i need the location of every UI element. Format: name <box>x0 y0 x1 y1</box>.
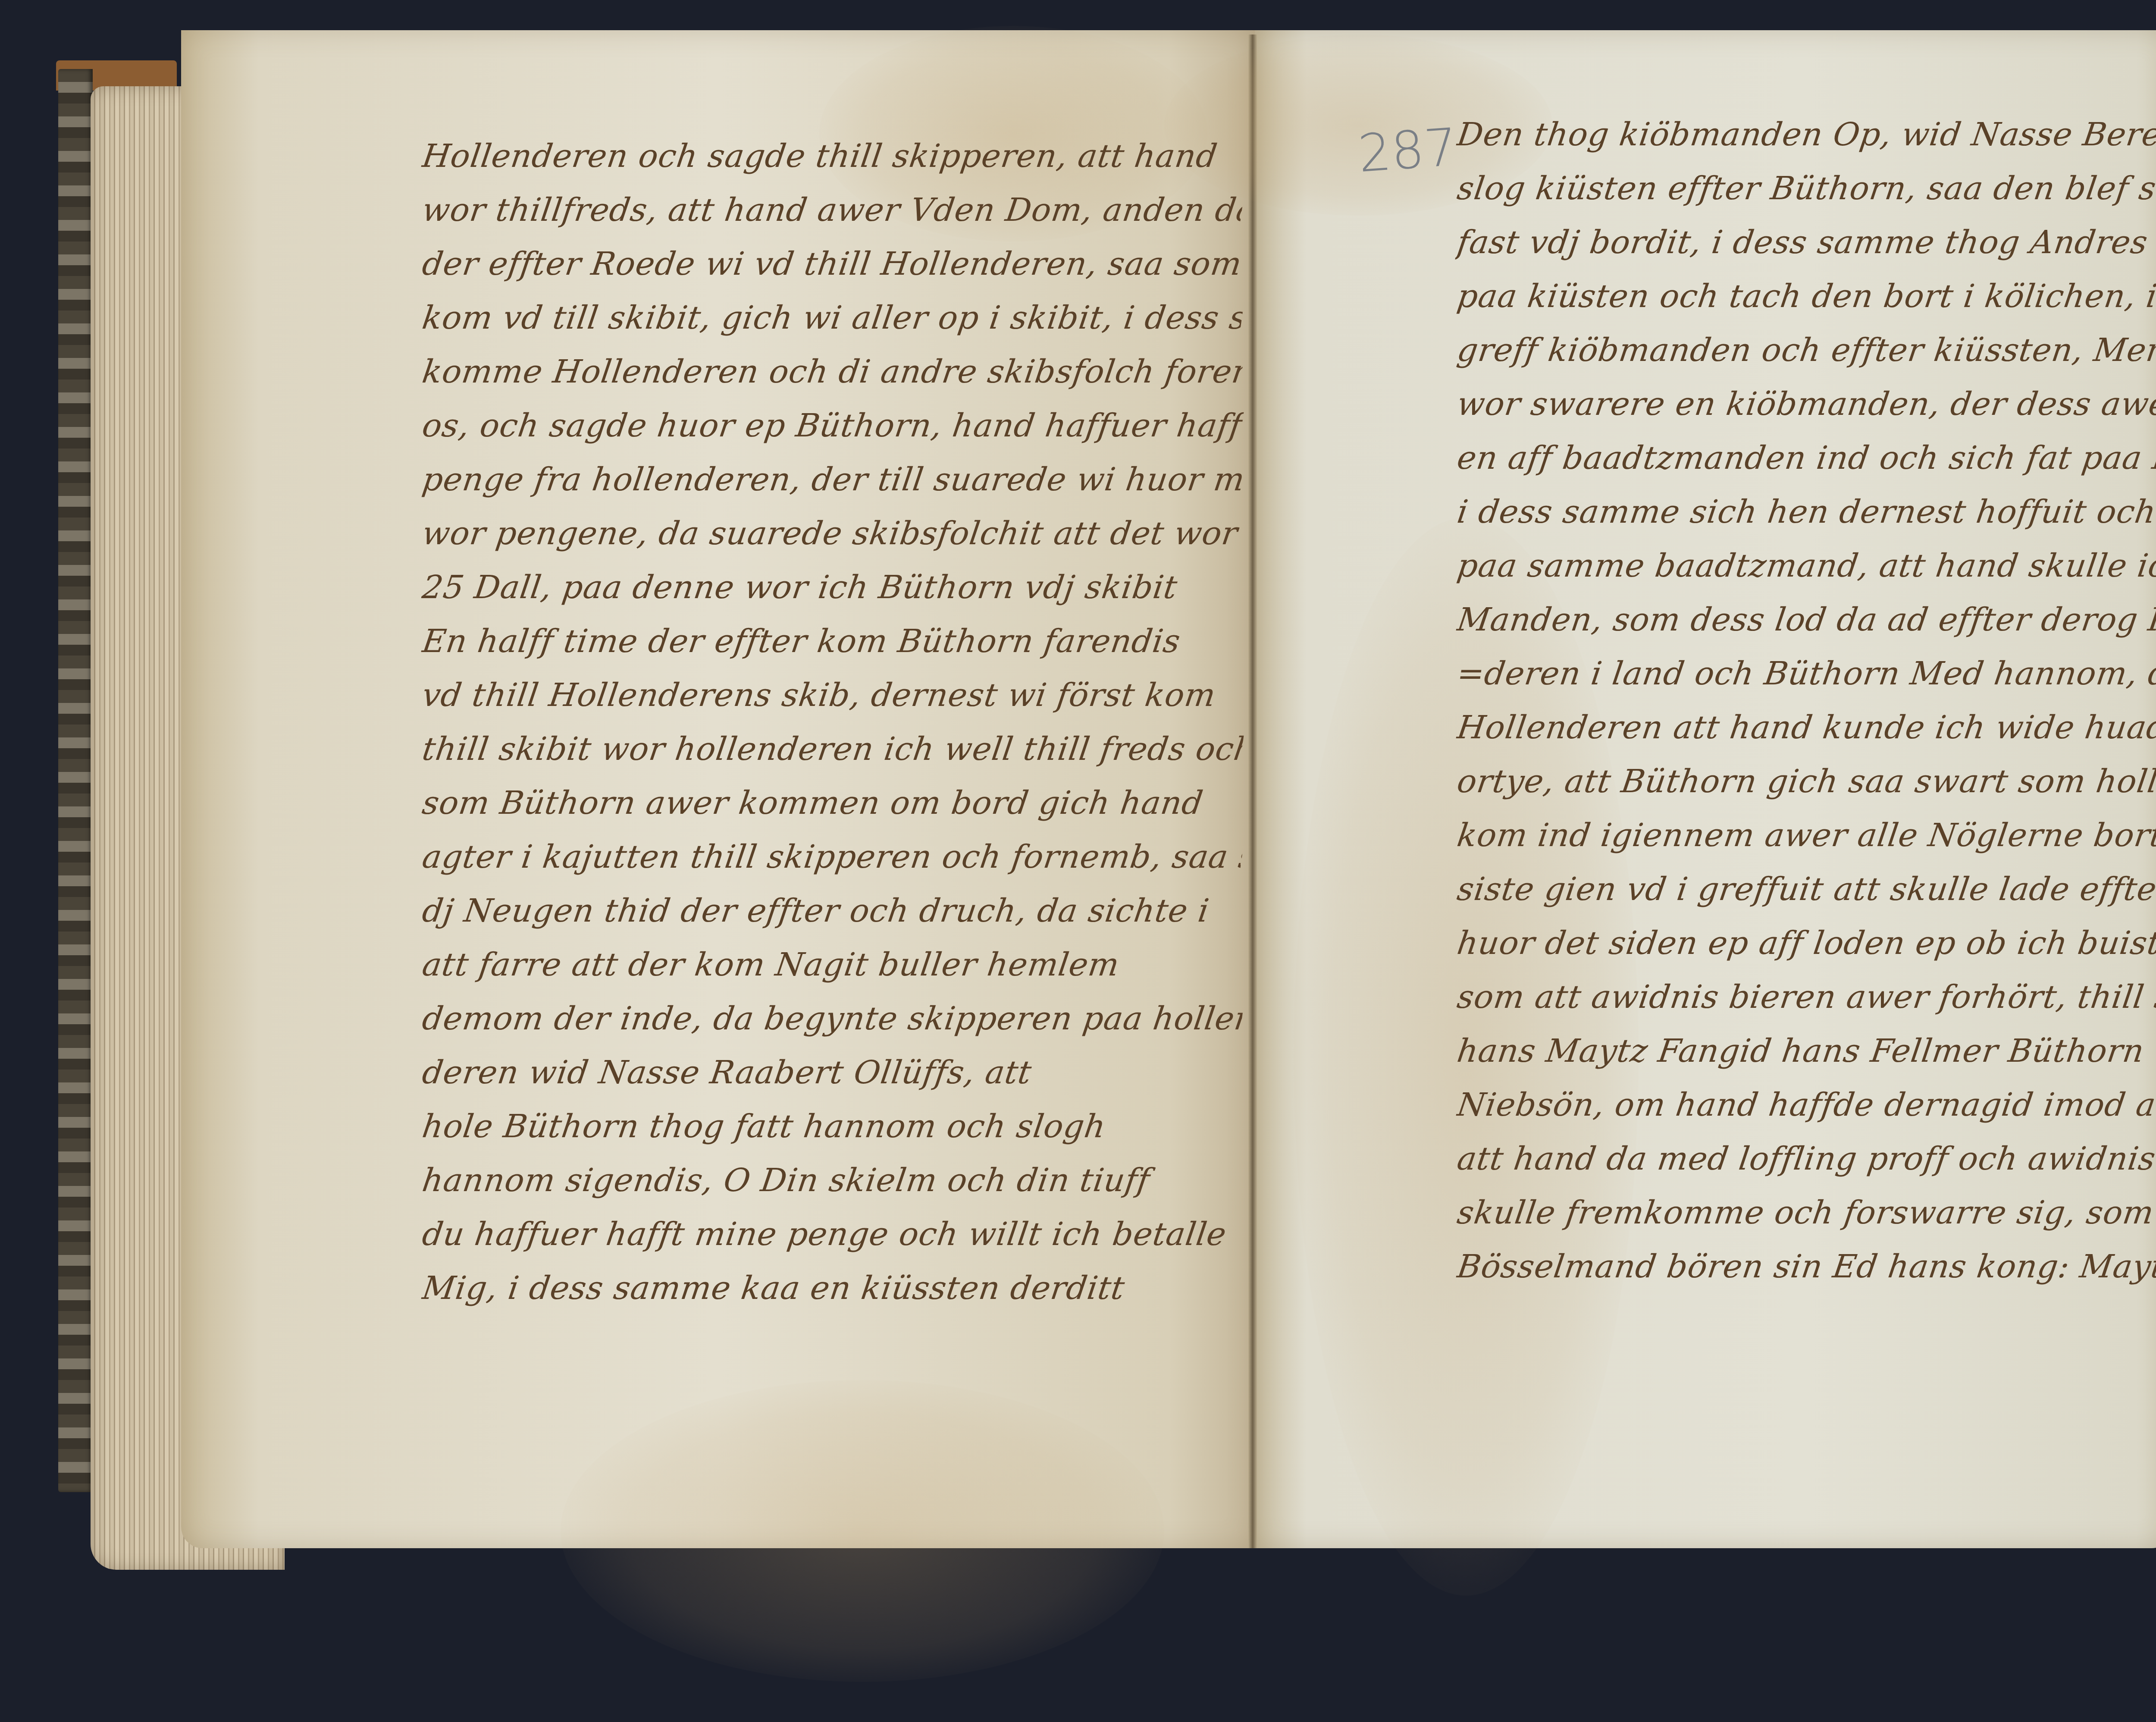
text-line: skulle fremkomme och forswarre sig, som … <box>1454 1186 2156 1240</box>
text-line: penge fra hollenderen, der till suarede … <box>419 453 1246 507</box>
text-line: paa kiüsten och tach den bort i kölichen… <box>1454 270 2156 323</box>
text-line: en aff baadtzmanden ind och sich fat paa… <box>1454 431 2156 485</box>
marbled-cover-edge-left <box>58 69 93 1492</box>
text-line: hole Büthorn thog fatt hannom och slogh <box>419 1100 1246 1154</box>
text-line: i dess samme sich hen dernest hoffuit oc… <box>1454 485 2156 539</box>
right-page-text: Den thog kiöbmanden Op, wid Nasse Berent… <box>1457 108 2156 1294</box>
text-line: wor swarere en kiöbmanden, der dess awer… <box>1454 377 2156 431</box>
text-line: thill skibit wor hollenderen ich well th… <box>419 722 1246 776</box>
text-line: slog kiüsten effter Büthorn, saa den ble… <box>1454 162 2156 216</box>
text-line: som att awidnis bieren awer forhört, thi… <box>1454 970 2156 1024</box>
text-line: fast vdj bordit, i dess samme thog Andre… <box>1454 216 2156 270</box>
text-line: Hollenderen och sagde thill skipperen, a… <box>419 129 1246 183</box>
text-line: =deren i land och Büthorn Med hannom, da… <box>1454 647 2156 701</box>
text-line: greff kiöbmanden och effter kiüssten, Me… <box>1454 323 2156 377</box>
text-line: deren wid Nasse Raabert Ollüffs, att <box>419 1046 1246 1100</box>
text-line: som Büthorn awer kommen om bord gich han… <box>419 776 1246 830</box>
text-line: En halff time der effter kom Büthorn far… <box>419 615 1246 668</box>
text-line: Den thog kiöbmanden Op, wid Nasse Berent… <box>1454 108 2156 162</box>
text-line: wor thillfreds, att hand awer Vden Dom, … <box>419 183 1246 237</box>
water-stain-bottom-left <box>561 1380 1164 1682</box>
text-line: siste gien vd i greffuit att skulle lade… <box>1454 863 2156 916</box>
text-line: os, och sagde huor eр Büthorn, hand haff… <box>419 399 1246 453</box>
text-line: att farre att der kom Nagit buller hemle… <box>419 938 1246 992</box>
text-line: dj Neugen thid der effter och druch, da … <box>419 884 1246 938</box>
text-line: vd thill Hollenderens skib, dernest wi f… <box>419 668 1246 722</box>
text-line: 25 Dall, paa denne wor ich Büthorn vdj s… <box>419 561 1246 615</box>
text-line: huor det siden eр aff loden eр ob ich bu… <box>1454 916 2156 970</box>
text-line: hannom sigendis, O Din skielm och din ti… <box>419 1154 1246 1208</box>
text-line: agter i kajutten thill skipperen och for… <box>419 830 1246 884</box>
text-line: hans Maytz Fangid hans Fellmer Büthorn <box>1454 1024 2156 1078</box>
text-line: Bösselmand bören sin Ed hans kong: Maytz… <box>1454 1240 2156 1294</box>
text-line: Manden, som dess lod da ad effter derog … <box>1454 593 2156 647</box>
text-line: du haffuer hafft mine penge och willt ic… <box>419 1208 1246 1261</box>
text-line: kom vd till skibit, gich wi aller op i s… <box>419 291 1246 345</box>
folio-number: 287 <box>1356 117 1459 184</box>
text-line: att hand da med loffling proff och awidn… <box>1454 1132 2156 1186</box>
text-line: wor pengene, da suarede skibsfolchit att… <box>419 507 1246 561</box>
text-line: paa samme baadtzmand, att hand skulle ic… <box>1454 539 2156 593</box>
text-line: Hollenderen att hand kunde ich wide huad… <box>1454 701 2156 755</box>
text-line: Niebsön, om hand haffde dernagid imod at… <box>1454 1078 2156 1132</box>
book-gutter <box>1248 35 1257 1548</box>
text-line: komme Hollenderen och di andre skibsfolc… <box>419 345 1246 399</box>
text-line: demom der inde, da begynte skipperen paa… <box>419 992 1246 1046</box>
text-line: ortye, att Büthorn gich saa swart som ho… <box>1454 755 2156 809</box>
left-page-text: Hollenderen och sagde thill skipperen, a… <box>423 129 1242 1315</box>
text-line: kom ind igiennem awer alle Nöglerne bort… <box>1454 809 2156 863</box>
text-line: Mig, i dess samme kaa en kiüssten derdit… <box>419 1261 1246 1315</box>
text-line: der effter Roede wi vd thill Hollenderen… <box>419 237 1246 291</box>
